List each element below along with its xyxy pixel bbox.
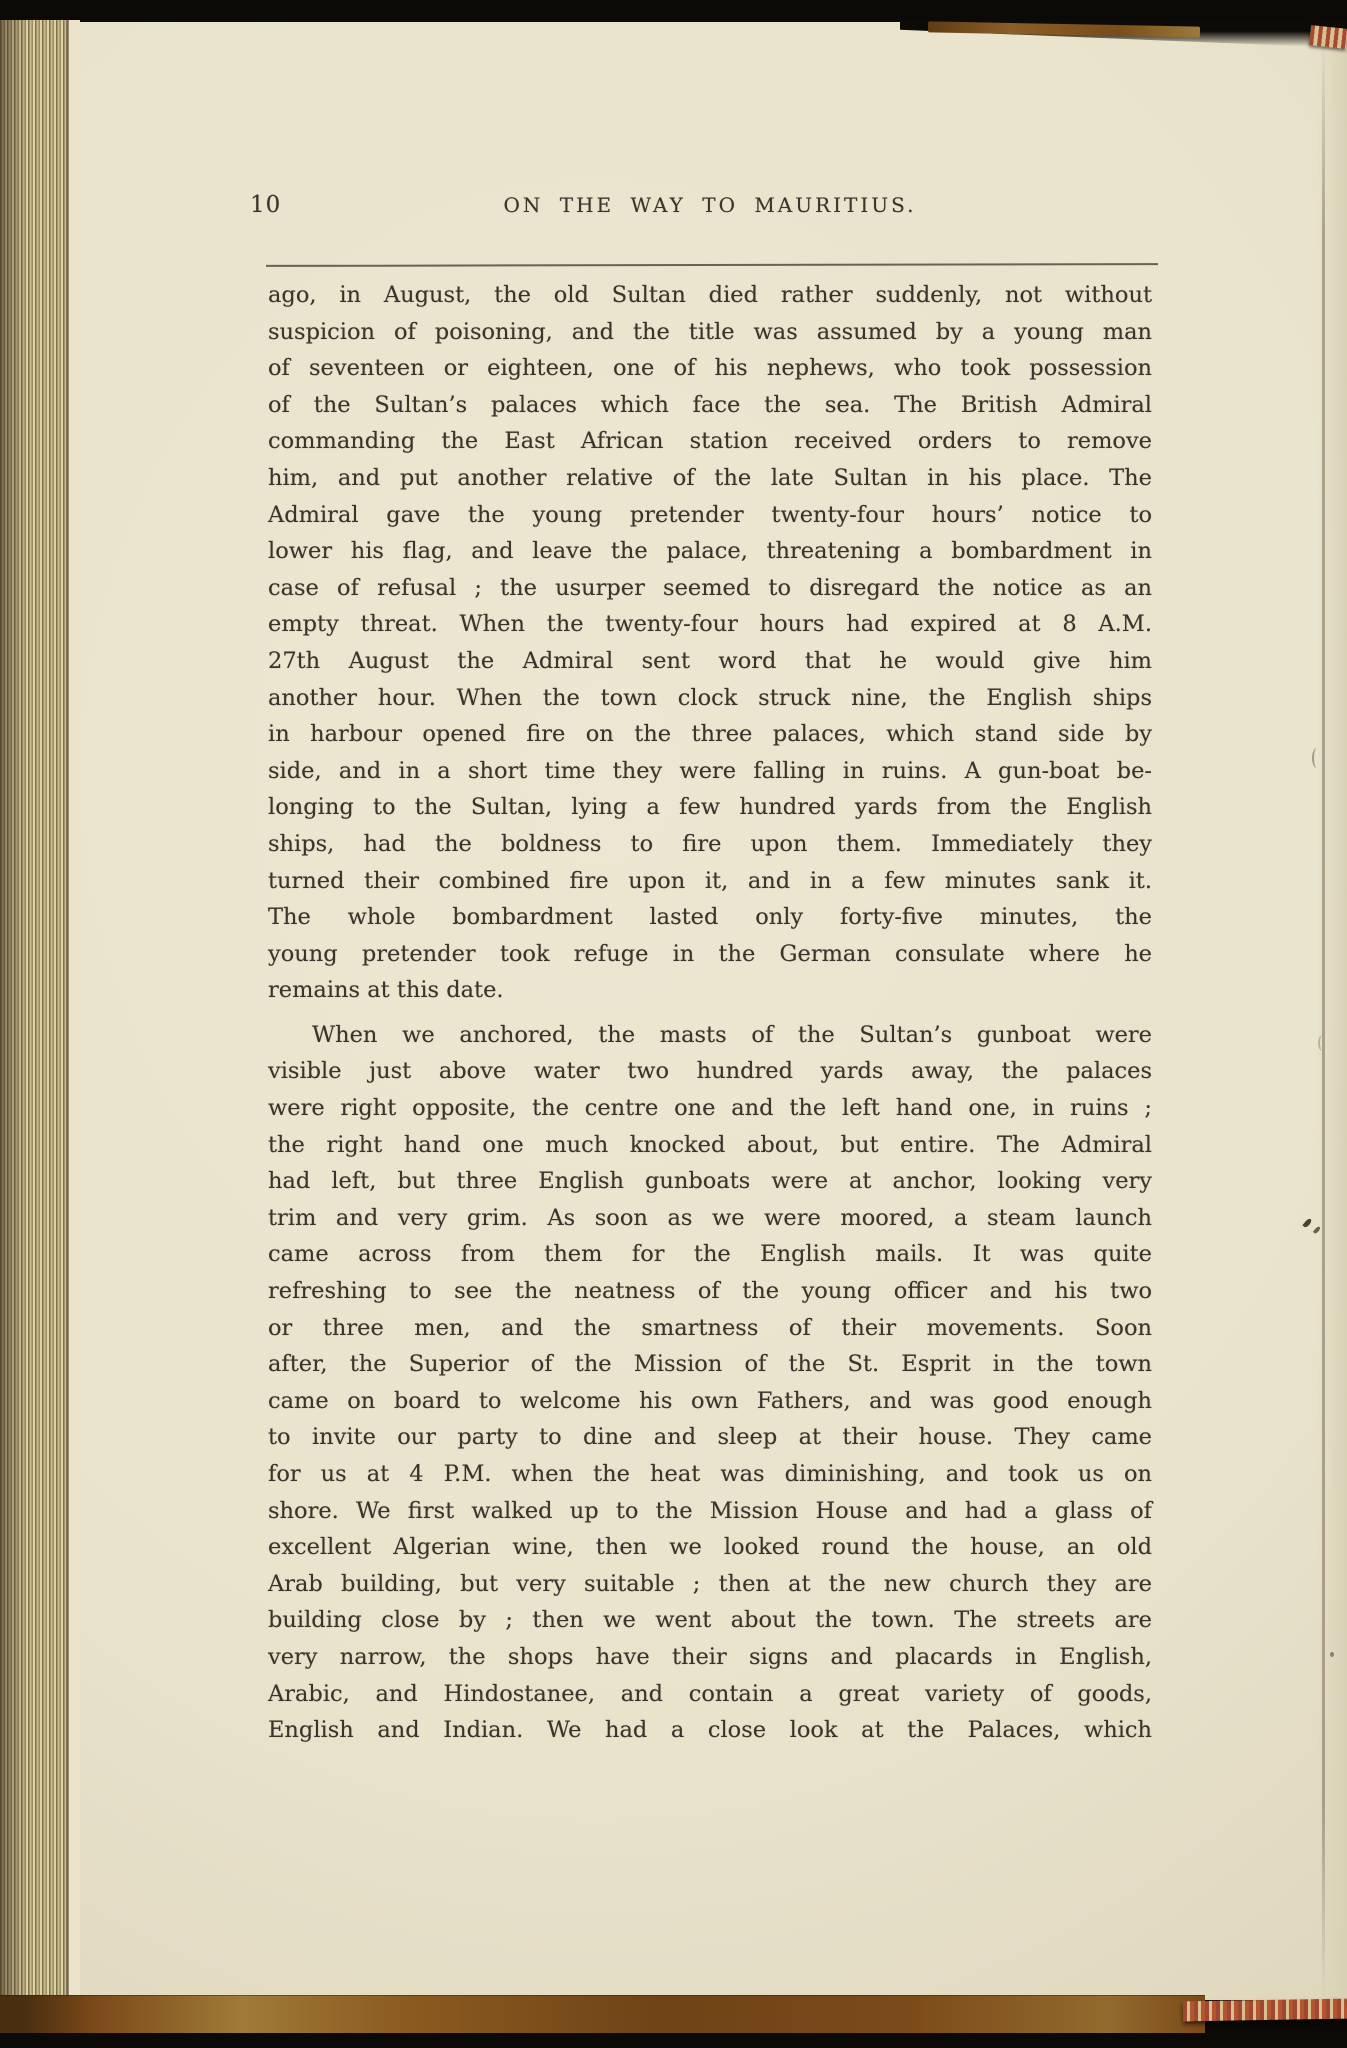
text-line: trim and very grim. As soon as we were m…: [268, 1200, 1152, 1237]
text-line: 27th August the Admiral sent word that h…: [268, 643, 1152, 680]
book-photo: 10 ON THE WAY TO MAURITIUS. ago, in Augu…: [0, 0, 1347, 2048]
text-line: Arab building, but very suitable ; then …: [268, 1566, 1152, 1603]
text-line: visible just above water two hundred yar…: [268, 1053, 1152, 1090]
text-line: for us at 4 P.M. when the heat was dimin…: [268, 1456, 1152, 1493]
text-line: came across from them for the English ma…: [268, 1236, 1152, 1273]
text-line: to invite our party to dine and sleep at…: [268, 1419, 1152, 1456]
page-edge-stack: [0, 20, 80, 1996]
text-line: building close by ; then we went about t…: [268, 1602, 1152, 1639]
text-line: Arabic, and Hindostanee, and contain a g…: [268, 1676, 1152, 1713]
text-line: had left, but three English gunboats wer…: [268, 1163, 1152, 1200]
text-line: another hour. When the town clock struck…: [268, 680, 1152, 717]
cover-board-bottom-edge: [0, 1995, 1205, 2033]
paragraph: When we anchored, the masts of the Sulta…: [268, 1017, 1152, 1749]
text-line: When we anchored, the masts of the Sulta…: [268, 1017, 1152, 1054]
gutter-crease: [1322, 40, 1325, 1998]
text-line: English and Indian. We had a close look …: [268, 1712, 1152, 1749]
text-line: of the Sultan’s palaces which face the s…: [268, 387, 1152, 424]
text-line: remains at this date.: [268, 972, 1152, 1009]
text-line: in harbour opened fire on the three pala…: [268, 716, 1152, 753]
text-line: very narrow, the shops have their signs …: [268, 1639, 1152, 1676]
text-line: of seventeen or eighteen, one of his nep…: [268, 350, 1152, 387]
text-line: The whole bombardment lasted only forty-…: [268, 899, 1152, 936]
book-page: 10 ON THE WAY TO MAURITIUS. ago, in Augu…: [58, 22, 1347, 2000]
spine-headband-bottom: [1183, 1999, 1347, 2022]
text-line: empty threat. When the twenty-four hours…: [268, 606, 1152, 643]
text-line: turned their combined fire upon it, and …: [268, 863, 1152, 900]
text-line: after, the Superior of the Mission of th…: [268, 1346, 1152, 1383]
text-line: young pretender took refuge in the Germa…: [268, 936, 1152, 973]
header-rule: [266, 263, 1158, 267]
scan-speck: [1330, 1652, 1334, 1657]
spine-headband-top: [1309, 25, 1347, 49]
text-line: Admiral gave the young pretender twenty-…: [268, 497, 1152, 534]
text-line: case of refusal ; the usurper seemed to …: [268, 570, 1152, 607]
text-line: commanding the East African station rece…: [268, 423, 1152, 460]
text-line: or three men, and the smartness of their…: [268, 1310, 1152, 1347]
scan-speck: [1318, 1035, 1327, 1051]
paragraph: ago, in August, the old Sultan died rath…: [268, 277, 1152, 1009]
text-line: suspicion of poisoning, and the title wa…: [268, 314, 1152, 351]
text-line: were right opposite, the centre one and …: [268, 1090, 1152, 1127]
text-line: shore. We first walked up to the Mission…: [268, 1493, 1152, 1530]
text-line: lower his flag, and leave the palace, th…: [268, 533, 1152, 570]
text-line: the right hand one much knocked about, b…: [268, 1127, 1152, 1164]
text-line: came on board to welcome his own Fathers…: [268, 1383, 1152, 1420]
text-line: ago, in August, the old Sultan died rath…: [268, 277, 1152, 314]
scan-speck: [1312, 748, 1322, 768]
text-line: refreshing to see the neatness of the yo…: [268, 1273, 1152, 1310]
text-line: longing to the Sultan, lying a few hundr…: [268, 789, 1152, 826]
text-line: side, and in a short time they were fall…: [268, 753, 1152, 790]
text-line: ships, had the boldness to fire upon the…: [268, 826, 1152, 863]
text-line: excellent Algerian wine, then we looked …: [268, 1529, 1152, 1566]
body-text: ago, in August, the old Sultan died rath…: [268, 277, 1152, 1749]
running-header: ON THE WAY TO MAURITIUS.: [268, 193, 1152, 217]
text-line: him, and put another relative of the lat…: [268, 460, 1152, 497]
